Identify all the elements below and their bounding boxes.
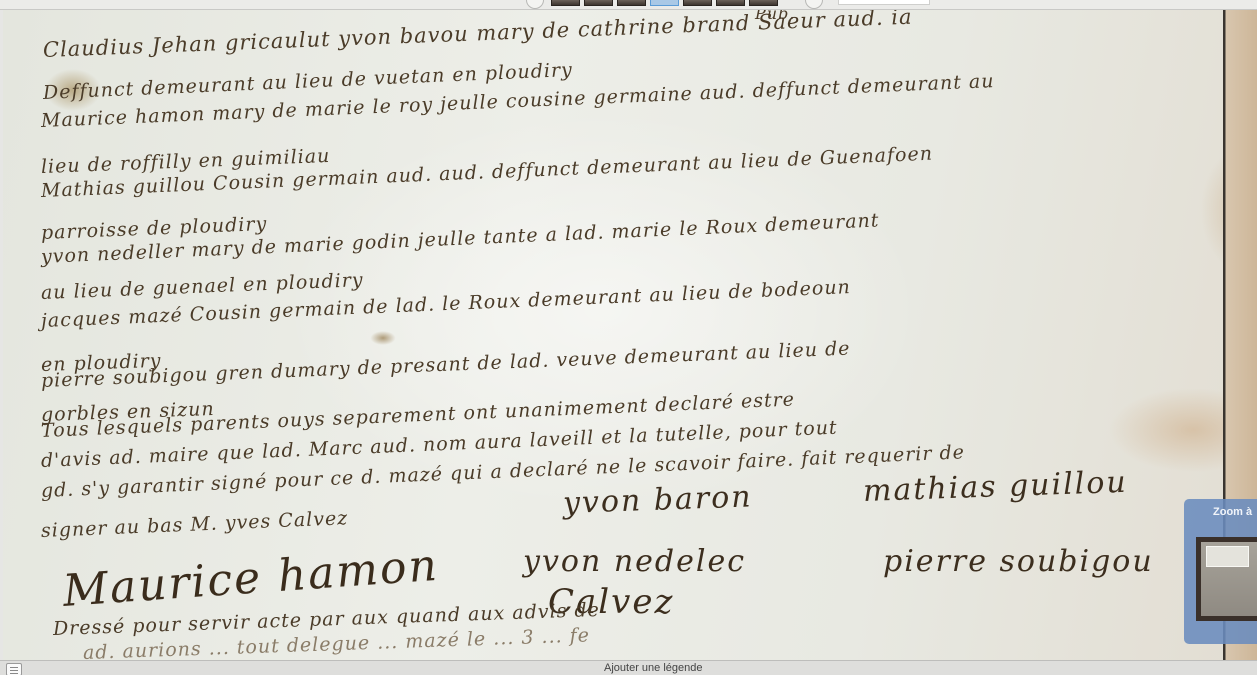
caption-list-icon[interactable] bbox=[6, 663, 22, 675]
zoom-navigator-panel[interactable]: Zoom à bbox=[1184, 499, 1257, 644]
thumbnail-3[interactable] bbox=[617, 0, 646, 6]
signature-mathias-guillou: mathias guillou bbox=[862, 465, 1128, 509]
add-caption-link[interactable]: Ajouter une légende bbox=[604, 662, 702, 674]
search-field[interactable] bbox=[838, 0, 930, 5]
signature-yvon-nedelec: yvon nedelec bbox=[523, 544, 746, 579]
minimap-viewport-rectangle[interactable] bbox=[1206, 546, 1249, 567]
minimap[interactable] bbox=[1196, 537, 1257, 621]
thumbnail-1[interactable] bbox=[551, 0, 580, 6]
previous-arrow-button[interactable] bbox=[526, 0, 544, 9]
thumbnail-2[interactable] bbox=[584, 0, 613, 6]
caption-bar: Ajouter une légende bbox=[0, 660, 1257, 675]
manuscript-line: signer au bas M. yves Calvez bbox=[41, 507, 349, 542]
next-arrow-button[interactable] bbox=[805, 0, 823, 9]
manuscript-line: Claudius Jehan gricaulut yvon bavou mary… bbox=[43, 10, 913, 62]
thumbnail-6[interactable] bbox=[716, 0, 745, 6]
signature-pierre-soubigou: pierre soubigou bbox=[883, 544, 1154, 579]
thumbnail-5[interactable] bbox=[683, 0, 712, 6]
zoom-panel-title: Zoom à bbox=[1213, 506, 1252, 518]
signature-maurice-hamon: Maurice hamon bbox=[61, 540, 440, 617]
minimap-page-thumbnail bbox=[1201, 542, 1257, 616]
signature-yvon-baron: yvon baron bbox=[562, 479, 753, 521]
thumbnail-strip bbox=[0, 0, 1257, 10]
manuscript-image[interactable]: Pub. Claudius Jehan gricaulut yvon bavou… bbox=[3, 10, 1257, 660]
thumbnail-4-active[interactable] bbox=[650, 0, 679, 6]
manuscript-line: pierre soubigou gren dumary de presant d… bbox=[41, 338, 851, 392]
thumbnail-7[interactable] bbox=[749, 0, 778, 6]
thumbnail-list bbox=[551, 0, 778, 6]
